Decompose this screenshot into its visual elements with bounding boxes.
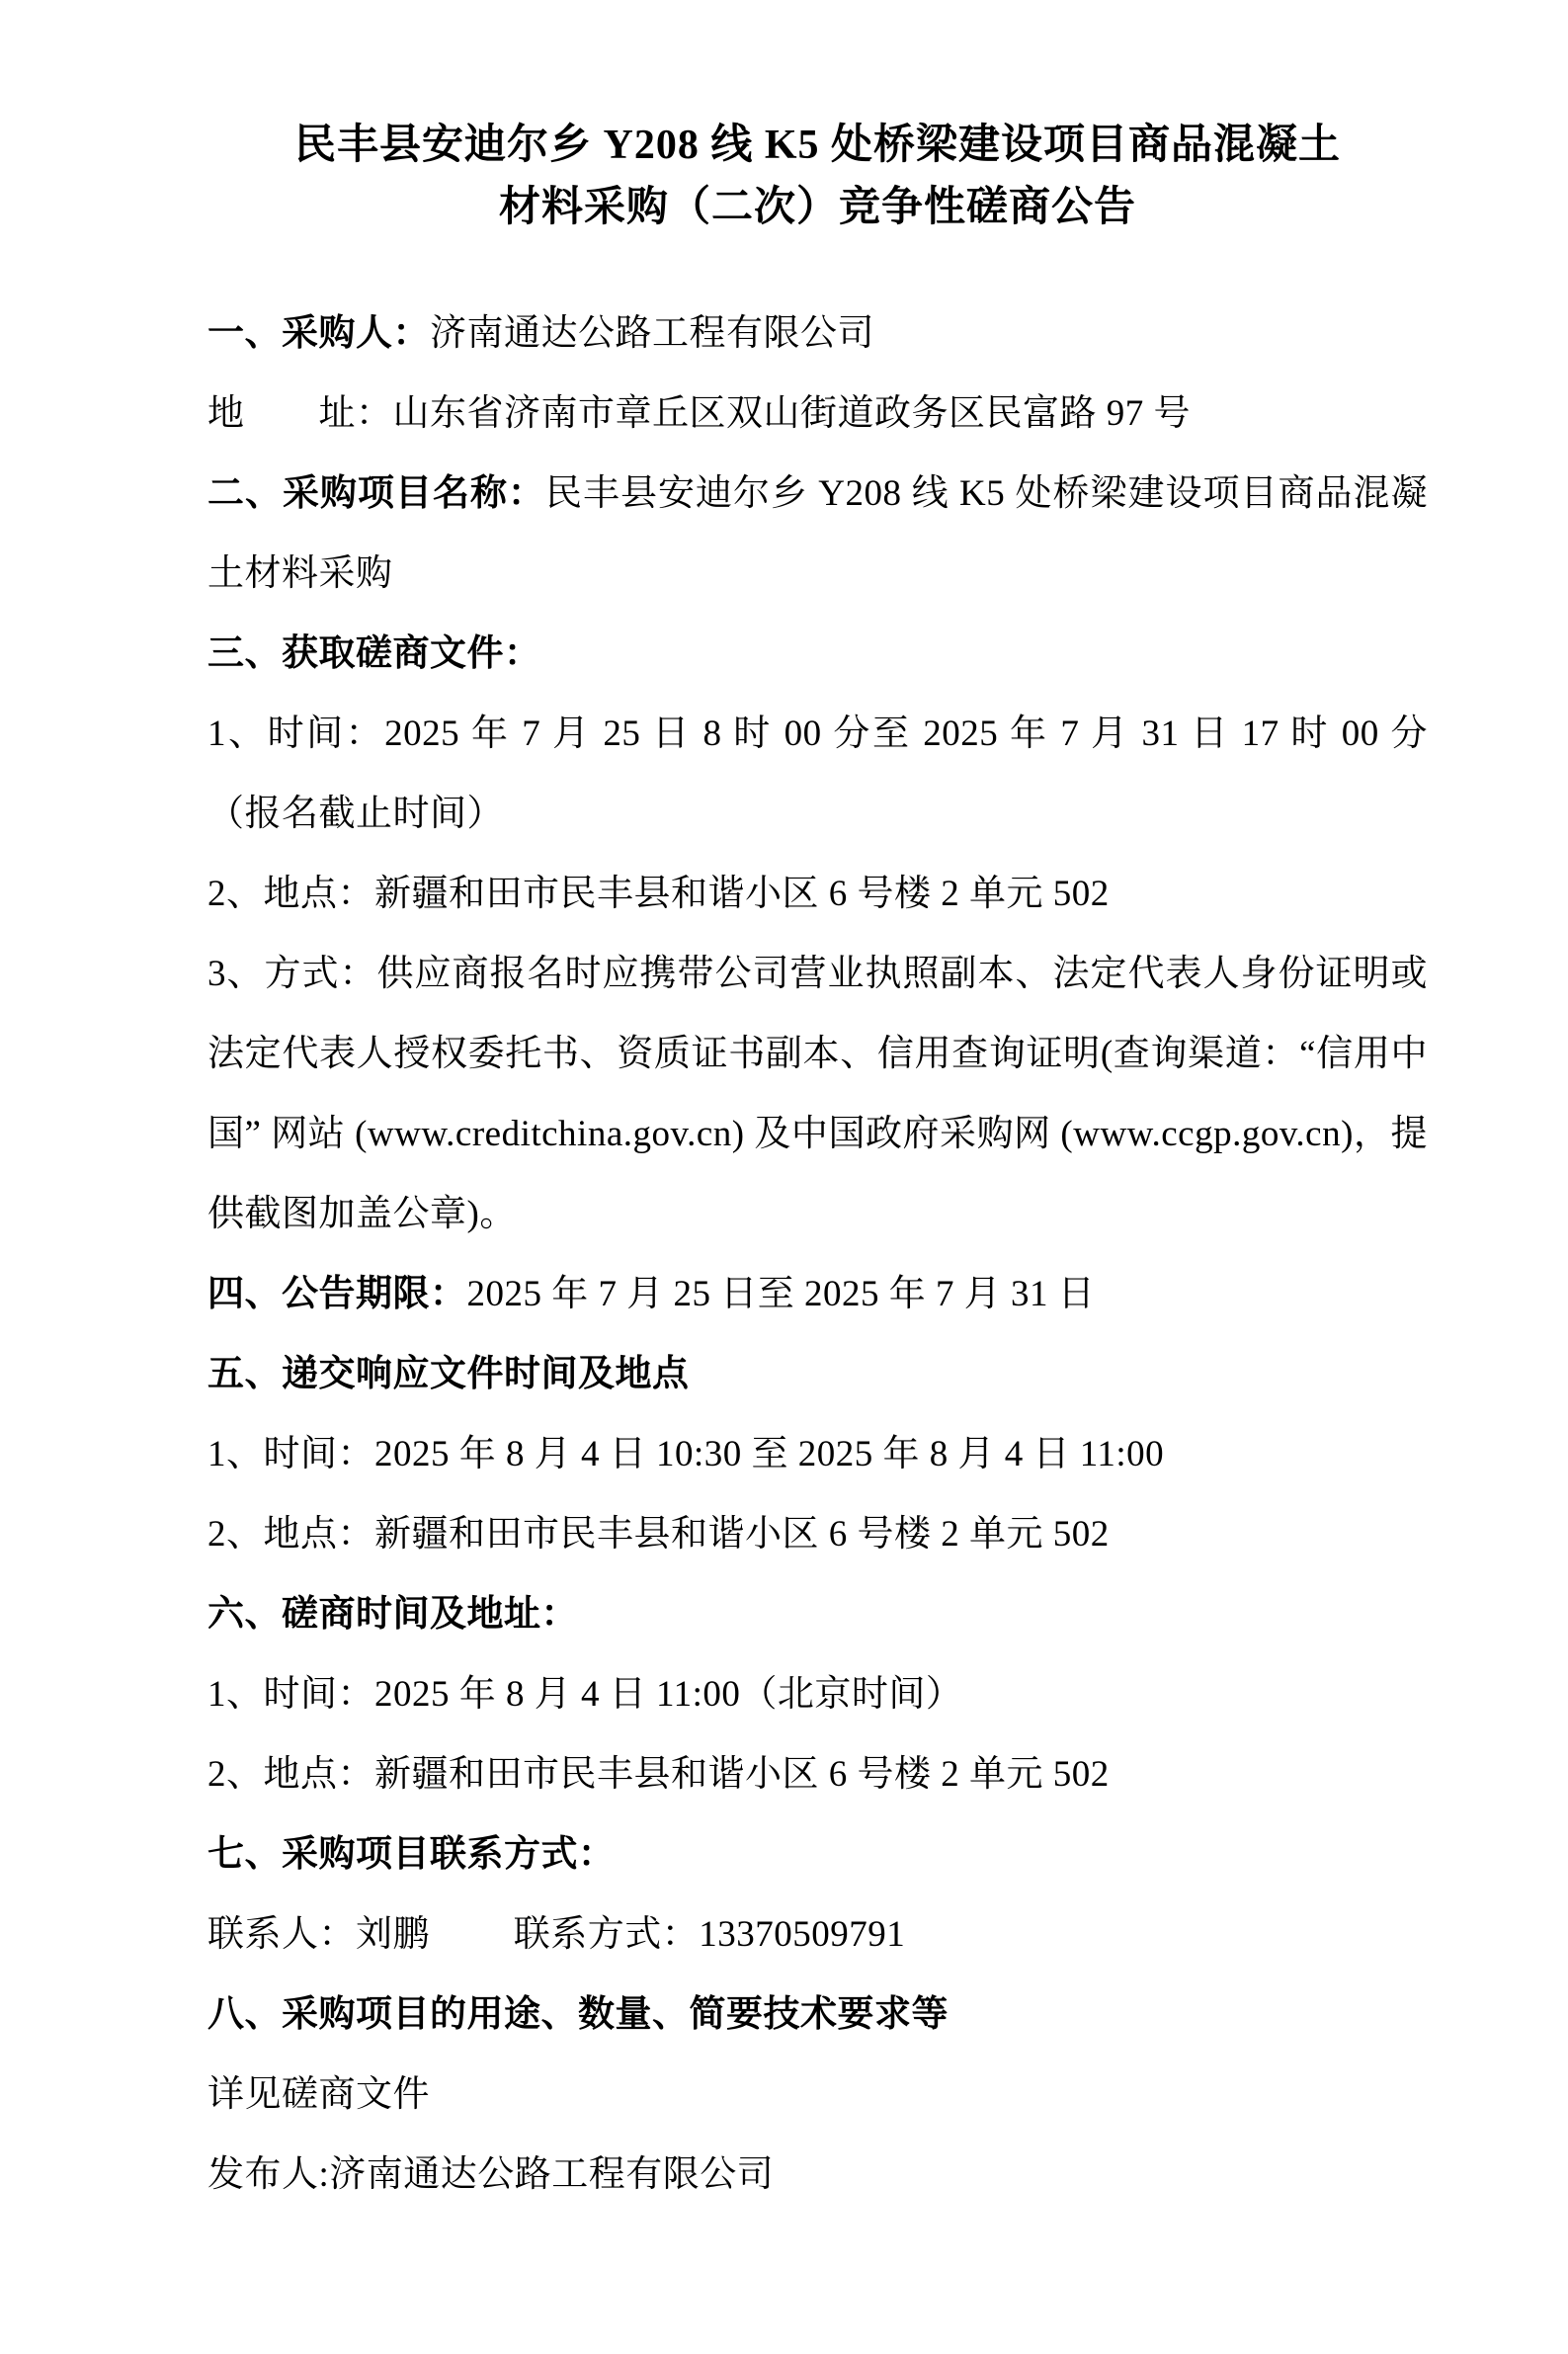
page-content: 民丰县安迪尔乡 Y208 线 K5 处桥梁建设项目商品混凝土 材料采购（二次）竞… bbox=[0, 0, 1568, 2354]
paragraph-text: 2025 年 7 月 25 日至 2025 年 7 月 31 日 bbox=[467, 1274, 1096, 1314]
submission-time-line: 1、时间：2025 年 8 月 4 日 10:30 至 2025 年 8 月 4… bbox=[207, 1414, 1428, 1494]
consultation-heading: 六、磋商时间及地址： bbox=[207, 1574, 1428, 1654]
consultation-location-line: 2、地点：新疆和田市民丰县和谐小区 6 号楼 2 单元 502 bbox=[207, 1734, 1428, 1814]
section-label: 三、获取磋商文件： bbox=[207, 633, 541, 674]
contact-heading: 七、采购项目联系方式： bbox=[207, 1814, 1428, 1894]
announcement-page: 民丰县安迪尔乡 Y208 线 K5 处桥梁建设项目商品混凝土 材料采购（二次）竞… bbox=[0, 0, 1568, 2354]
paragraph-text: 3、方式：供应商报名时应携带公司营业执照副本、法定代表人身份证明或法定代表人授权… bbox=[207, 954, 1428, 1234]
paragraph-text: 1、时间：2025 年 8 月 4 日 11:00（北京时间） bbox=[207, 1674, 962, 1715]
purchaser-line: 一、采购人：济南通达公路工程有限公司 bbox=[207, 294, 1428, 374]
paragraph-text: 1、时间：2025 年 8 月 4 日 10:30 至 2025 年 8 月 4… bbox=[207, 1434, 1164, 1474]
publisher-line: 发布人:济南通达公路工程有限公司 bbox=[207, 2135, 1428, 2215]
contact-line: 联系人：刘鹏 联系方式：13370509791 bbox=[207, 1894, 1428, 1975]
obtain-time-line: 1、时间：2025 年 7 月 25 日 8 时 00 分至 2025 年 7 … bbox=[207, 694, 1428, 854]
section-label: 六、磋商时间及地址： bbox=[207, 1594, 578, 1635]
paragraph-text: 地 址：山东省济南市章丘区双山街道政务区民富路 97 号 bbox=[207, 393, 1191, 434]
paragraph-text: 2、地点：新疆和田市民丰县和谐小区 6 号楼 2 单元 502 bbox=[207, 1514, 1110, 1555]
paragraph-text: 济南通达公路工程有限公司 bbox=[430, 313, 874, 354]
section-label: 二、采购项目名称： bbox=[207, 473, 545, 514]
obtain-method-line: 3、方式：供应商报名时应携带公司营业执照副本、法定代表人身份证明或法定代表人授权… bbox=[207, 934, 1428, 1254]
paragraph-text: 发布人:济南通达公路工程有限公司 bbox=[207, 2154, 774, 2195]
requirements-heading: 八、采购项目的用途、数量、简要技术要求等 bbox=[207, 1975, 1428, 2055]
announcement-period-line: 四、公告期限：2025 年 7 月 25 日至 2025 年 7 月 31 日 bbox=[207, 1254, 1428, 1334]
consultation-time-line: 1、时间：2025 年 8 月 4 日 11:00（北京时间） bbox=[207, 1654, 1428, 1734]
paragraph-text: 联系人：刘鹏 联系方式：13370509791 bbox=[207, 1914, 905, 1955]
section-label: 一、采购人： bbox=[207, 313, 430, 354]
submission-heading: 五、递交响应文件时间及地点 bbox=[207, 1334, 1428, 1414]
paragraph-text: 详见磋商文件 bbox=[207, 2074, 430, 2115]
document-title-line-2: 材料采购（二次）竞争性磋商公告 bbox=[499, 185, 1136, 230]
requirements-detail-line: 详见磋商文件 bbox=[207, 2055, 1428, 2135]
section-label: 八、采购项目的用途、数量、简要技术要求等 bbox=[207, 1994, 949, 2035]
project-name-line: 二、采购项目名称：民丰县安迪尔乡 Y208 线 K5 处桥梁建设项目商品混凝土材… bbox=[207, 454, 1428, 614]
document-title: 民丰县安迪尔乡 Y208 线 K5 处桥梁建设项目商品混凝土 材料采购（二次）竞… bbox=[207, 115, 1428, 239]
document-title-line-1: 民丰县安迪尔乡 Y208 线 K5 处桥梁建设项目商品混凝土 bbox=[294, 123, 1341, 168]
obtain-documents-heading: 三、获取磋商文件： bbox=[207, 614, 1428, 694]
section-label: 七、采购项目联系方式： bbox=[207, 1834, 616, 1875]
paragraph-text: 1、时间：2025 年 7 月 25 日 8 时 00 分至 2025 年 7 … bbox=[207, 714, 1428, 834]
paragraph-text: 2、地点：新疆和田市民丰县和谐小区 6 号楼 2 单元 502 bbox=[207, 1754, 1110, 1795]
paragraph-text: 2、地点：新疆和田市民丰县和谐小区 6 号楼 2 单元 502 bbox=[207, 874, 1110, 914]
purchaser-address-line: 地 址：山东省济南市章丘区双山街道政务区民富路 97 号 bbox=[207, 374, 1428, 454]
obtain-location-line: 2、地点：新疆和田市民丰县和谐小区 6 号楼 2 单元 502 bbox=[207, 854, 1428, 934]
submission-location-line: 2、地点：新疆和田市民丰县和谐小区 6 号楼 2 单元 502 bbox=[207, 1494, 1428, 1574]
section-label: 五、递交响应文件时间及地点 bbox=[207, 1354, 690, 1394]
section-label: 四、公告期限： bbox=[207, 1274, 467, 1314]
